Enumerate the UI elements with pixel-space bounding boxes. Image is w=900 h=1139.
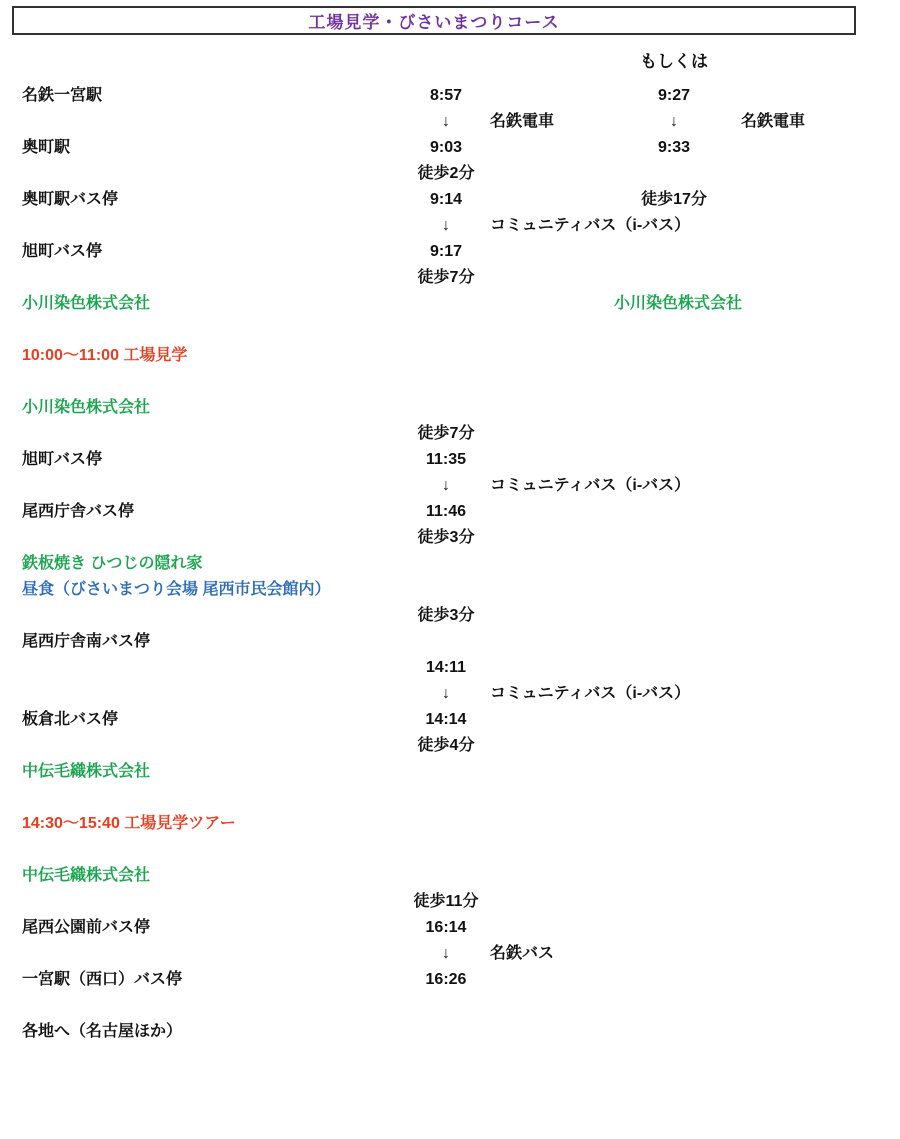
company-label: 鉄板焼き ひつじの隠れ家 [22, 551, 202, 577]
down-arrow-icon: ↓ [386, 213, 506, 239]
itinerary-row: 鉄板焼き ひつじの隠れ家 [0, 551, 900, 577]
down-arrow-icon: ↓ [614, 109, 734, 135]
itinerary-row: 徒歩3分 [0, 525, 900, 551]
itinerary-page: 工場見学・びさいまつりコース もしくは 名鉄一宮駅8:579:27↓名鉄電車↓名… [0, 0, 900, 1139]
itinerary-row [0, 317, 900, 343]
itinerary-row: ↓コミュニティバス（i-バス） [0, 681, 900, 707]
time-value: 9:33 [614, 135, 734, 161]
stop-label: 板倉北バス停 [22, 707, 118, 733]
itinerary-rows: 名鉄一宮駅8:579:27↓名鉄電車↓名鉄電車奥町駅9:039:33徒歩2分奥町… [0, 0, 900, 1139]
walk-duration: 徒歩11分 [386, 889, 506, 915]
itinerary-row: 各地へ（名古屋ほか） [0, 1019, 900, 1045]
itinerary-row: 尾西庁舎バス停11:46 [0, 499, 900, 525]
itinerary-row: 徒歩7分 [0, 421, 900, 447]
itinerary-row: 中伝毛織株式会社 [0, 759, 900, 785]
transport-mode-label: コミュニティバス（i-バス） [490, 213, 690, 239]
transport-mode-label: コミュニティバス（i-バス） [490, 681, 690, 707]
stop-label: 尾西庁舎南バス停 [22, 629, 150, 655]
walk-duration: 徒歩17分 [614, 187, 734, 213]
itinerary-row: 徒歩2分 [0, 161, 900, 187]
stop-label: 名鉄一宮駅 [22, 83, 102, 109]
itinerary-row: 奥町駅バス停9:14徒歩17分 [0, 187, 900, 213]
itinerary-row [0, 369, 900, 395]
time-value: 16:14 [386, 915, 506, 941]
itinerary-row: ↓名鉄電車↓名鉄電車 [0, 109, 900, 135]
stop-label: 旭町バス停 [22, 447, 102, 473]
itinerary-row [0, 837, 900, 863]
time-value: 9:03 [386, 135, 506, 161]
time-value: 14:14 [386, 707, 506, 733]
time-value: 11:46 [386, 499, 506, 525]
itinerary-row: 徒歩11分 [0, 889, 900, 915]
itinerary-row: 徒歩7分 [0, 265, 900, 291]
stop-label: 尾西庁舎バス停 [22, 499, 134, 525]
itinerary-row: 旭町バス停11:35 [0, 447, 900, 473]
transport-mode-label: 名鉄バス [490, 941, 554, 967]
time-value: 9:17 [386, 239, 506, 265]
itinerary-row: 徒歩3分 [0, 603, 900, 629]
walk-duration: 徒歩7分 [386, 265, 506, 291]
stop-label: 一宮駅（西口）バス停 [22, 967, 182, 993]
itinerary-row: 徒歩4分 [0, 733, 900, 759]
company-label: 中伝毛織株式会社 [22, 863, 150, 889]
itinerary-row [0, 993, 900, 1019]
stop-label: 奥町駅 [22, 135, 70, 161]
time-value: 11:35 [386, 447, 506, 473]
itinerary-row: 奥町駅9:039:33 [0, 135, 900, 161]
walk-duration: 徒歩7分 [386, 421, 506, 447]
itinerary-row: 板倉北バス停14:14 [0, 707, 900, 733]
walk-duration: 徒歩3分 [386, 525, 506, 551]
down-arrow-icon: ↓ [386, 941, 506, 967]
itinerary-row: ↓コミュニティバス（i-バス） [0, 213, 900, 239]
down-arrow-icon: ↓ [386, 681, 506, 707]
itinerary-row: 一宮駅（西口）バス停16:26 [0, 967, 900, 993]
company-label: 小川染色株式会社 [614, 291, 734, 317]
itinerary-row: 14:11 [0, 655, 900, 681]
down-arrow-icon: ↓ [386, 473, 506, 499]
transport-mode-label: 名鉄電車 [490, 109, 554, 135]
time-value: 9:14 [386, 187, 506, 213]
stop-label: 各地へ（名古屋ほか） [22, 1019, 182, 1045]
itinerary-row: 尾西庁舎南バス停 [0, 629, 900, 655]
walk-duration: 徒歩4分 [386, 733, 506, 759]
transport-mode-label: 名鉄電車 [741, 109, 805, 135]
walk-duration: 徒歩3分 [386, 603, 506, 629]
itinerary-row: 旭町バス停9:17 [0, 239, 900, 265]
event-schedule-label: 14:30～15:40 工場見学ツアー [22, 811, 236, 837]
company-label: 中伝毛織株式会社 [22, 759, 150, 785]
itinerary-row: ↓名鉄バス [0, 941, 900, 967]
lunch-label: 昼食（びさいまつり会場 尾西市民会館内） [22, 577, 330, 603]
walk-duration: 徒歩2分 [386, 161, 506, 187]
itinerary-row: 小川染色株式会社 [0, 395, 900, 421]
time-value: 8:57 [386, 83, 506, 109]
itinerary-row: 10:00～11:00 工場見学 [0, 343, 900, 369]
time-value: 14:11 [386, 655, 506, 681]
event-schedule-label: 10:00～11:00 工場見学 [22, 343, 187, 369]
itinerary-row: 小川染色株式会社小川染色株式会社 [0, 291, 900, 317]
itinerary-row: 名鉄一宮駅8:579:27 [0, 83, 900, 109]
company-label: 小川染色株式会社 [22, 291, 150, 317]
itinerary-row: 中伝毛織株式会社 [0, 863, 900, 889]
time-value: 9:27 [614, 83, 734, 109]
transport-mode-label: コミュニティバス（i-バス） [490, 473, 690, 499]
stop-label: 尾西公園前バス停 [22, 915, 150, 941]
down-arrow-icon: ↓ [386, 109, 506, 135]
itinerary-row [0, 785, 900, 811]
itinerary-row: 尾西公園前バス停16:14 [0, 915, 900, 941]
stop-label: 奥町駅バス停 [22, 187, 118, 213]
time-value: 16:26 [386, 967, 506, 993]
stop-label: 旭町バス停 [22, 239, 102, 265]
itinerary-row: 昼食（びさいまつり会場 尾西市民会館内） [0, 577, 900, 603]
itinerary-row: 14:30～15:40 工場見学ツアー [0, 811, 900, 837]
itinerary-row: ↓コミュニティバス（i-バス） [0, 473, 900, 499]
company-label: 小川染色株式会社 [22, 395, 150, 421]
